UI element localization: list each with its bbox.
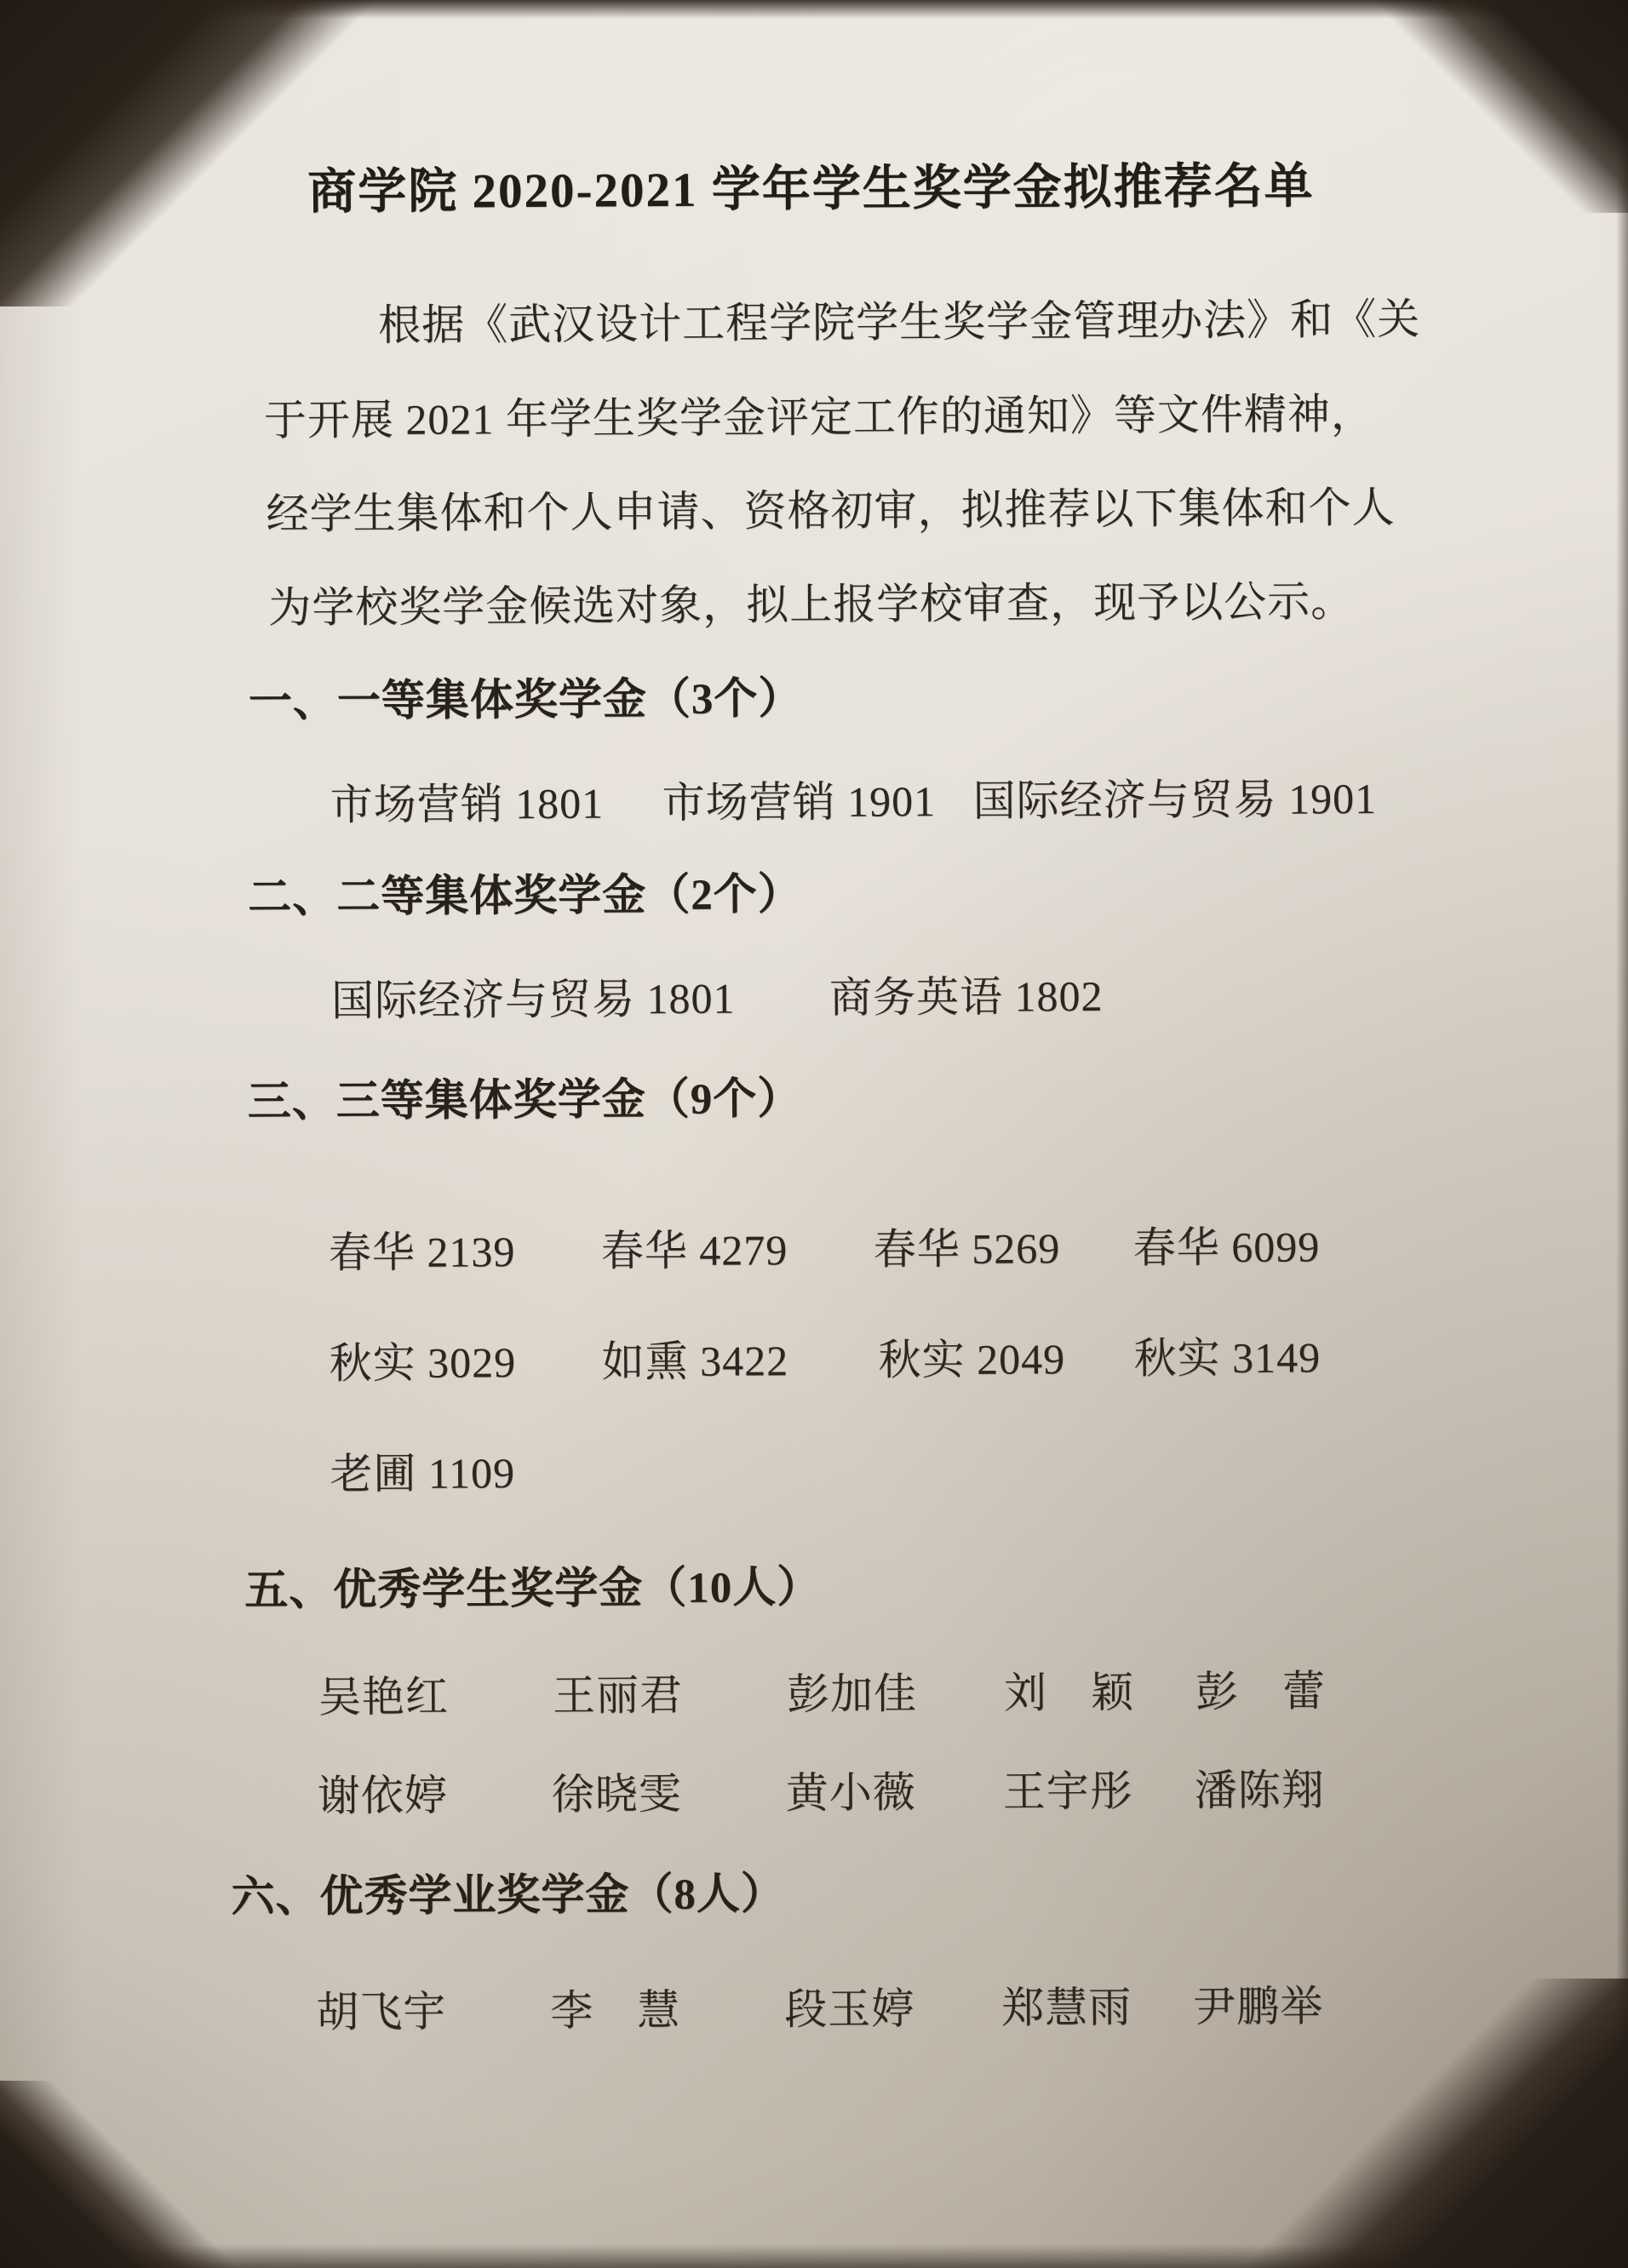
student-name-item: 尹鹏举 [1193, 1972, 1323, 2034]
intro-paragraph-line: 根据《武汉设计工程学院学生奖学金管理办法》和《关 [378, 291, 1420, 357]
photo-edge-bottom [0, 2244, 1628, 2268]
class-name-item: 春华 4279 [601, 1216, 788, 1278]
student-name-item: 黄小薇 [785, 1758, 915, 1820]
section-heading-first-class-collective: 一、一等集体奖学金（3个） [249, 671, 803, 734]
section-heading-outstanding-student: 五、优秀学生奖学金（10人） [244, 1560, 821, 1623]
award-list-row: 吴艳红 王丽君 彭加佳 刘 颖 彭 蕾 [3, 1655, 1628, 1725]
class-name-item: 老圃 1109 [330, 1439, 515, 1501]
photo-edge-top [0, 0, 1628, 19]
student-name-item: 刘 颖 [1004, 1658, 1134, 1721]
award-list-row: 国际经济与贸易 1801 商务英语 1802 [0, 959, 1627, 1028]
student-name-item: 李 慧 [550, 1976, 680, 2038]
award-list-row: 胡飞宇 李 慧 段玉婷 郑慧雨 尹鹏举 [5, 1970, 1628, 2040]
award-list-row: 秋实 3029 如熏 3422 秋实 2049 秋实 3149 [1, 1321, 1628, 1391]
award-list-row: 老圃 1109 [2, 1432, 1628, 1502]
class-name-item: 春华 5269 [874, 1214, 1061, 1276]
photo-edge-right [1616, 0, 1628, 2268]
intro-paragraph-line: 于开展 2021 年学生奖学金评定工作的通知》等文件精神， [264, 386, 1374, 452]
student-name-item: 潘陈翔 [1194, 1755, 1324, 1818]
class-name-item: 市场营销 1801 [330, 770, 604, 833]
section-heading-third-class-collective: 三、三等集体奖学金（9个） [248, 1071, 802, 1134]
student-name-item: 段玉婷 [784, 1974, 914, 2036]
student-name-item: 彭 蕾 [1195, 1657, 1326, 1719]
section-heading-outstanding-academic: 六、优秀学业奖学金（8人） [231, 1866, 785, 1929]
student-name-item: 彭加佳 [787, 1659, 917, 1721]
photographed-document: 商学院 2020-2021 学年学生奖学金拟推荐名单 根据《武汉设计工程学院学生… [0, 0, 1628, 2268]
class-name-item: 如熏 3422 [601, 1326, 788, 1389]
award-list-row: 市场营销 1801 市场营销 1901 国际经济与贸易 1901 [0, 763, 1626, 833]
class-name-item: 国际经济与贸易 1901 [972, 765, 1377, 828]
class-name-item: 国际经济与贸易 1801 [331, 965, 736, 1028]
student-name-item: 王宇彤 [1002, 1757, 1132, 1819]
student-name-item: 谢依婷 [317, 1761, 447, 1824]
class-name-item: 春华 6099 [1133, 1212, 1321, 1274]
student-name-item: 徐晓雯 [551, 1760, 681, 1822]
student-name-item: 郑慧雨 [1001, 1973, 1132, 2036]
intro-paragraph-line: 为学校奖学金候选对象，拟上报学校审查，现予以公示。 [268, 573, 1354, 639]
document-content: 商学院 2020-2021 学年学生奖学金拟推荐名单 根据《武汉设计工程学院学生… [0, 0, 1628, 2268]
student-name-item: 王丽君 [553, 1661, 683, 1723]
class-name-item: 春华 2139 [329, 1217, 516, 1280]
student-name-item: 胡飞宇 [316, 1978, 446, 2040]
class-name-item: 市场营销 1901 [662, 767, 936, 830]
class-name-item: 秋实 2049 [878, 1325, 1065, 1387]
award-list-row: 谢依婷 徐晓雯 黄小薇 王宇彤 潘陈翔 [4, 1754, 1628, 1824]
class-name-item: 秋实 3029 [329, 1328, 516, 1390]
class-name-item: 商务英语 1802 [829, 962, 1103, 1025]
document-title: 商学院 2020-2021 学年学生奖学金拟推荐名单 [307, 158, 1315, 224]
section-heading-second-class-collective: 二、二等集体奖学金（2个） [248, 867, 802, 930]
class-name-item: 秋实 3149 [1133, 1323, 1321, 1385]
award-list-row: 春华 2139 春华 4279 春华 5269 春华 6099 [1, 1211, 1628, 1280]
intro-paragraph-line: 经学生集体和个人申请、资格初审，拟推荐以下集体和个人 [266, 479, 1395, 546]
student-name-item: 吴艳红 [318, 1663, 449, 1725]
